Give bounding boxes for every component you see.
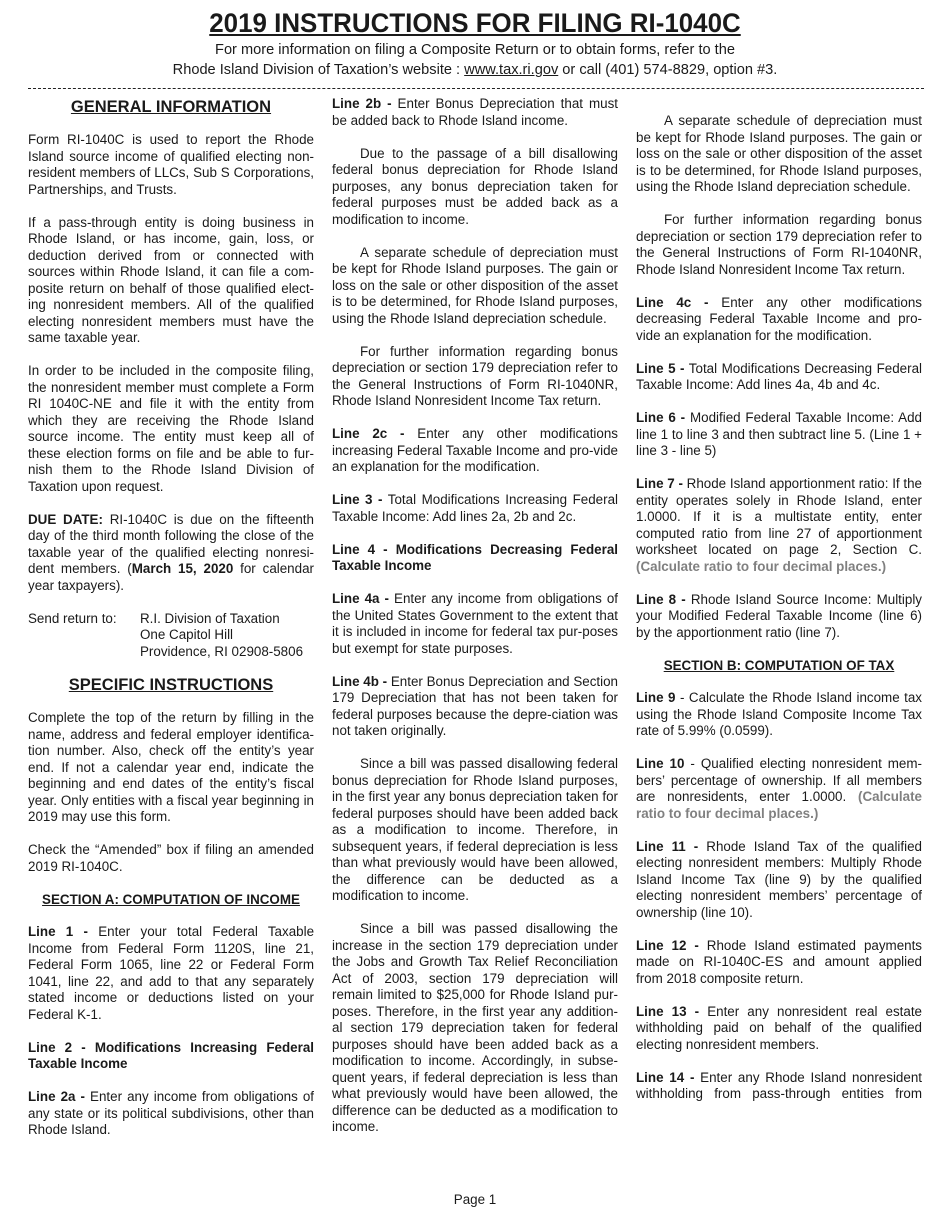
line-4b-paragraph-4: For further information regarding bonus … (636, 212, 922, 278)
line-12-label: Line 12 - (636, 938, 699, 953)
document-header: 2019 INSTRUCTIONS FOR FILING RI-1040C Fo… (0, 6, 950, 80)
due-date-label: DUE DATE: (28, 512, 103, 527)
document-title: 2019 INSTRUCTIONS FOR FILING RI-1040C (19, 6, 931, 40)
line-5-label: Line 5 - (636, 361, 685, 376)
line-4c-label: Line 4c - (636, 295, 709, 310)
line-9-label: Line 9 (636, 690, 675, 705)
due-date-value: March 15, 2020 (132, 561, 234, 576)
section-b-heading: SECTION B: COMPUTATION OF TAX (636, 658, 922, 675)
line-2b-paragraph-1: Due to the passage of a bill disallowing… (332, 146, 618, 229)
line-8-instruction: Line 8 - Rhode Island Source Income: Mul… (636, 592, 922, 642)
general-info-paragraph-3: In order to be included in the composite… (28, 363, 314, 495)
section-a-heading: SECTION A: COMPUTATION OF INCOME (28, 892, 314, 909)
line-10-label: Line 10 (636, 756, 684, 771)
line-4b-paragraph-3: A separate schedule of depreciation must… (636, 113, 922, 196)
send-return-label: Send return to: (28, 611, 140, 661)
line-4b-paragraph-1: Since a bill was passed disallowing fede… (332, 756, 618, 905)
line-5-instruction: Line 5 - Total Modifications Decreasing … (636, 361, 922, 394)
line-14-label: Line 14 - (636, 1070, 694, 1085)
line-4-heading: Line 4 - Modifications Decreasing Federa… (332, 542, 618, 575)
line-11-label: Line 11 - (636, 839, 698, 854)
line-10-instruction: Line 10 - Qualified electing nonresident… (636, 756, 922, 822)
address-line-2: One Capitol Hill (140, 627, 314, 644)
line-3-label: Line 3 - (332, 492, 383, 507)
line-2-heading-text: Line 2 - Modifications Increasing Federa… (28, 1040, 314, 1072)
website-link[interactable]: www.tax.ri.gov (464, 62, 558, 78)
line-4-heading-text: Line 4 - Modifications Decreasing Federa… (332, 542, 618, 574)
line-8-label: Line 8 - (636, 592, 686, 607)
send-return-address: R.I. Division of Taxation One Capitol Hi… (140, 611, 314, 661)
line-12-instruction: Line 12 - Rhode Island estimated payment… (636, 938, 922, 988)
info-line-2-suffix: or call (401) 574-8829, option #3. (558, 62, 777, 78)
column-3: A separate schedule of depreciation must… (636, 113, 922, 1119)
address-line-3: Providence, RI 02908-5806 (140, 644, 314, 661)
line-9-text: - Calculate the Rhode Island income tax … (636, 690, 922, 738)
dashed-divider (28, 88, 924, 89)
specific-instructions-paragraph-1: Complete the top of the return by fillin… (28, 710, 314, 826)
line-6-label: Line 6 - (636, 410, 685, 425)
line-4a-instruction: Line 4a - Enter any income from obligati… (332, 591, 618, 657)
column-2: Line 2b - Enter Bonus Depreciation that … (332, 96, 618, 1152)
column-1: GENERAL INFORMATION Form RI-1040C is use… (28, 96, 314, 1155)
line-4a-label: Line 4a - (332, 591, 389, 606)
line-3-instruction: Line 3 - Total Modifications Increasing … (332, 492, 618, 525)
line-7-note: (Calculate ratio to four decimal places.… (636, 559, 886, 574)
line-14-instruction: Line 14 - Enter any Rhode Island nonresi… (636, 1070, 922, 1103)
page-number: Page 1 (0, 1192, 950, 1207)
line-2-heading: Line 2 - Modifications Increasing Federa… (28, 1040, 314, 1073)
line-4b-paragraph-2: Since a bill was passed disallowing the … (332, 921, 618, 1136)
line-2b-label: Line 2b - (332, 96, 392, 111)
line-2c-instruction: Line 2c - Enter any other modifications … (332, 426, 618, 476)
line-7-label: Line 7 - (636, 476, 683, 491)
line-2a-instruction: Line 2a - Enter any income from obligati… (28, 1089, 314, 1139)
info-line-2: Rhode Island Division of Taxation’s webs… (0, 60, 950, 80)
info-line-1: For more information on filing a Composi… (0, 40, 950, 60)
line-7-instruction: Line 7 - Rhode Island apportionment rati… (636, 476, 922, 575)
line-2b-paragraph-3: For further information regarding bonus … (332, 344, 618, 410)
line-1-label: Line 1 - (28, 924, 88, 939)
general-info-paragraph-2: If a pass-through entity is doing busine… (28, 215, 314, 347)
line-2b-instruction: Line 2b - Enter Bonus Depreciation that … (332, 96, 618, 129)
general-info-paragraph-1: Form RI-1040C is used to report the Rhod… (28, 132, 314, 198)
due-date-paragraph: DUE DATE: RI-1040C is due on the fifteen… (28, 512, 314, 595)
line-4b-instruction: Line 4b - Enter Bonus Depreciation and S… (332, 674, 618, 740)
line-4c-instruction: Line 4c - Enter any other modifications … (636, 295, 922, 345)
line-6-instruction: Line 6 - Modified Federal Taxable Income… (636, 410, 922, 460)
line-4b-label: Line 4b - (332, 674, 387, 689)
line-13-label: Line 13 - (636, 1004, 699, 1019)
send-return-block: Send return to: R.I. Division of Taxatio… (28, 611, 314, 661)
line-11-instruction: Line 11 - Rhode Island Tax of the qualif… (636, 839, 922, 922)
address-line-1: R.I. Division of Taxation (140, 611, 314, 628)
line-2b-paragraph-2: A separate schedule of depreciation must… (332, 245, 618, 328)
info-line-2-prefix: Rhode Island Division of Taxation’s webs… (173, 62, 465, 78)
line-2c-label: Line 2c - (332, 426, 405, 441)
line-1-instruction: Line 1 - Enter your total Federal Taxabl… (28, 924, 314, 1023)
specific-instructions-paragraph-2: Check the “Amended” box if filing an ame… (28, 842, 314, 875)
line-13-instruction: Line 13 - Enter any nonresident real est… (636, 1004, 922, 1054)
specific-instructions-heading: SPECIFIC INSTRUCTIONS (28, 674, 314, 696)
general-information-heading: GENERAL INFORMATION (28, 96, 314, 118)
line-2a-label: Line 2a - (28, 1089, 85, 1104)
line-9-instruction: Line 9 - Calculate the Rhode Island inco… (636, 690, 922, 740)
